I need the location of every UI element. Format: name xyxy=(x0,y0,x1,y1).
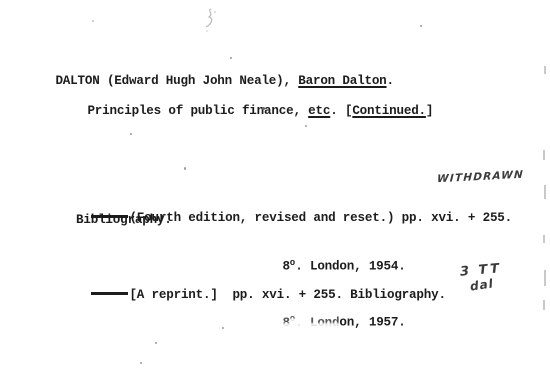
scan-speck xyxy=(155,342,157,344)
author-heading-period: . xyxy=(387,74,394,88)
title-close-bracket: ] xyxy=(426,104,433,118)
catalogue-card: DALTON (Edward Hugh John Neale), Baron D… xyxy=(0,0,550,374)
scan-speck xyxy=(420,25,422,27)
scan-speck xyxy=(140,362,142,364)
author-heading-text: DALTON (Edward Hugh John Neale), xyxy=(55,74,298,88)
etc-underlined: etc xyxy=(308,104,330,118)
scan-speck xyxy=(230,57,232,59)
scan-edge-mark xyxy=(543,300,545,310)
baron-dalton-underlined: Baron Dalton xyxy=(298,74,386,88)
continued-underlined: Continued. xyxy=(352,104,426,118)
scan-edge-mark xyxy=(543,235,545,243)
title-mid: . [ xyxy=(330,104,352,118)
shelfmark-cutter: dal xyxy=(469,276,495,293)
title-line: Principles of public finance, etc. [Cont… xyxy=(58,90,433,132)
imprint-1954-place-date: . London, 1954. xyxy=(295,260,405,274)
imprint-1957: 8o. London, 1957. xyxy=(253,299,406,344)
scan-speck xyxy=(262,107,265,110)
imprint-1957-size: 8 xyxy=(282,316,289,330)
scan-edge-mark xyxy=(543,150,545,160)
imprint-1954-size: 8 xyxy=(282,260,289,274)
entry-1954-text: (Fourth edition, revised and reset.) pp.… xyxy=(129,211,512,225)
imprint-1957-place-date: on, 1957. xyxy=(339,316,405,330)
entry-1957-bracket: [A reprint.] xyxy=(129,288,217,302)
scan-edge-mark xyxy=(544,66,546,74)
scan-edge-mark xyxy=(544,270,546,286)
scan-speck xyxy=(305,125,307,127)
entry-1954-line2: Bibliography. xyxy=(76,213,172,227)
scan-speck xyxy=(130,133,132,135)
repeat-author-dash xyxy=(91,292,128,294)
scan-speck xyxy=(222,327,224,329)
scan-speck xyxy=(184,167,186,170)
title-text: Principles of public finance, xyxy=(87,104,308,118)
pencil-scribble-mark xyxy=(202,6,220,36)
scan-speck xyxy=(92,20,94,22)
withdrawn-annotation: WITHDRAWN xyxy=(437,169,524,186)
imprint-1957-place-faded: . Lond xyxy=(295,316,339,330)
scan-edge-mark xyxy=(544,185,546,199)
